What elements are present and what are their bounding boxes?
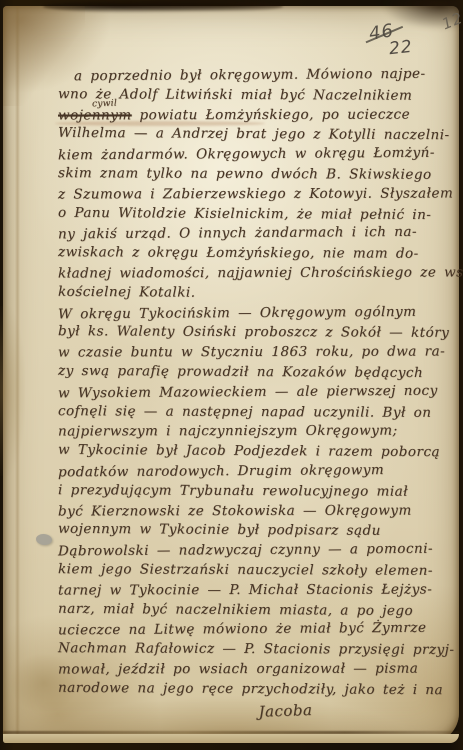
manuscript-line: skim znam tylko na pewno dwóch B. Skiwsk… [58,164,447,185]
manuscript-line: Dąbrowolski — nadzwyczaj czynny — a pomo… [58,540,447,563]
paper-stain-left [0,306,25,476]
manuscript-line: najpierwszym i najczynniejszym Okręgowym… [58,422,447,443]
manuscript-line: wojennym w Tykocinie był podpisarz sądu [58,520,447,542]
manuscript-line: w Wysokiem Mazowieckiem — ale pierwszej … [58,381,447,404]
manuscript-line: wojennym powiatu Łomżyńskiego, po uciecz… [58,105,447,126]
manuscript-line: podatków narodowych. Drugim okręgowym [58,461,447,484]
manuscript-line: kościelnej Kotalki. [58,283,447,305]
manuscript-line: ny jakiś urząd. O innych żandarmach i ic… [58,223,447,246]
manuscript-line: wno że Adolf Litwiński miał być Naczelni… [58,85,447,106]
paper-stain-gray-blob [36,534,52,545]
manuscript-line: mował, jeździł po wsiach organizował — p… [58,659,447,680]
manuscript-line: ucieczce na Litwę mówiono że miał być Ży… [58,619,447,642]
manuscript-line: W okręgu Tykocińskim — Okręgowym ogólnym [58,302,447,325]
manuscript-line: w Tykocinie był Jacob Podjezdek i razem … [58,441,447,463]
manuscript-text: cywil a poprzednio był okręgowym. Mówion… [58,66,447,724]
manuscript-line: Nachman Rafałowicz — P. Stacionis przysi… [58,639,447,660]
manuscript-line: był ks. Walenty Osiński proboszcz z Sokó… [58,323,447,344]
manuscript-line: i prezydującym Trybunału rewolucyjnego m… [58,481,447,502]
manuscript-line: być Kierznowski ze Stokowiska — Okręgowy… [58,501,447,522]
manuscript-lines: a poprzednio był okręgowym. Mówiono najp… [58,66,447,700]
manuscript-line: cofnęli się — a następnej napad uczynili… [58,402,447,423]
struck-word: wojennym [58,107,132,123]
manuscript-line: zy swą parafię prowadził na Kozaków będą… [58,362,447,384]
page-number-pencil: 22 [388,37,414,59]
scan-background: 46 12 22 cywil a poprzednio był okręgowy… [0,0,463,750]
manuscript-line: z Szumowa i Zabierzewskiego z Kotowyi. S… [58,184,447,205]
manuscript-line: kiem żandarmów. Okręgowych w okręgu Łomż… [58,144,447,167]
manuscript-line: tarnej w Tykocinie — P. Michał Stacionis… [58,580,447,601]
manuscript-line: kiem jego Siestrzański nauczyciel szkoły… [58,560,447,581]
manuscript-line: a poprzednio był okręgowym. Mówiono najp… [58,65,447,88]
manuscript-line: w czasie buntu w Styczniu 1863 roku, po … [58,343,447,364]
manuscript-line: zwiskach z okręgu Łomżyńskiego, nie mam … [58,243,447,264]
manuscript-line: kładnej wiadomości, najjawniej Chrościńs… [58,263,447,284]
manuscript-page: 46 12 22 cywil a poprzednio był okręgowy… [3,6,459,743]
underlying-page-edge [3,734,459,743]
